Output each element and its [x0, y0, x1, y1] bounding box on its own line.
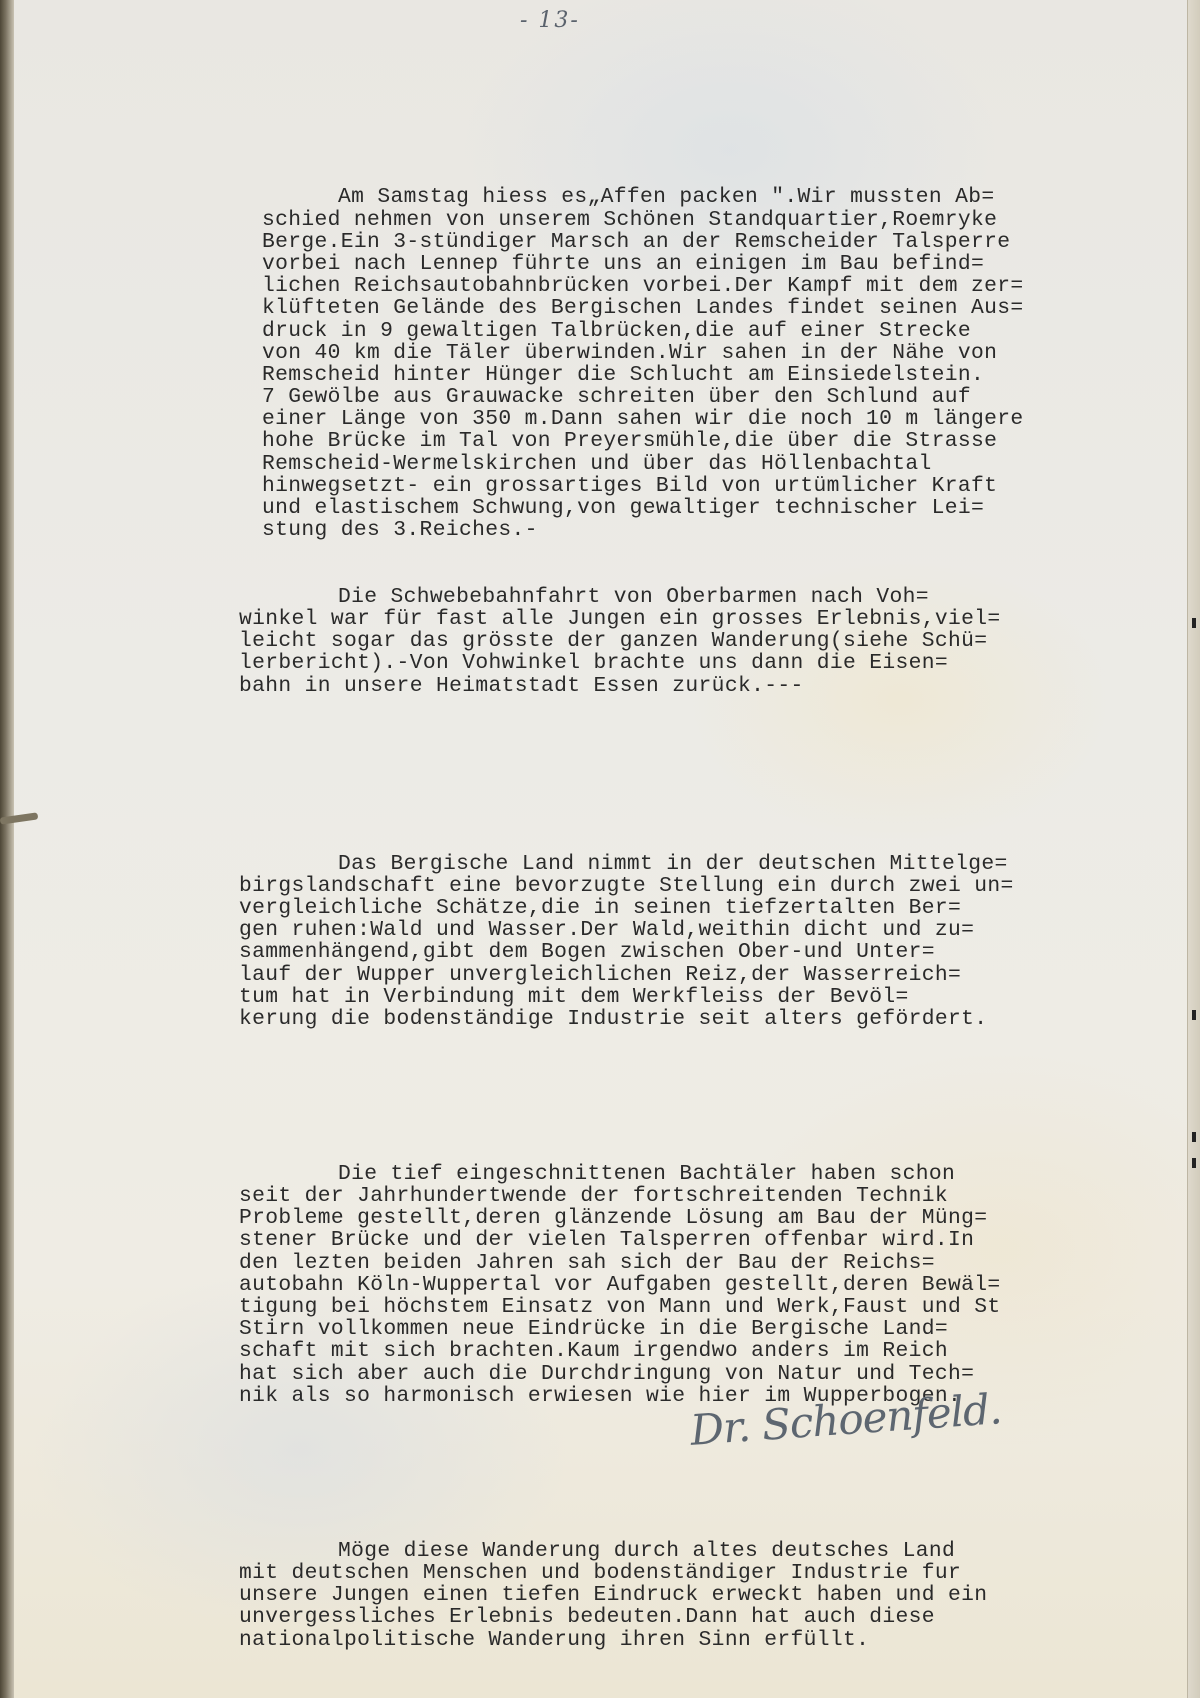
margin-mark — [1192, 1132, 1196, 1142]
text-line: schaft mit sich brachten.Kaum irgendwo a… — [239, 1340, 1158, 1362]
paragraph-gap — [338, 1074, 1158, 1118]
text-line: Die Schwebebahnfahrt von Oberbarmen nach… — [338, 586, 1158, 608]
text-line: mit deutschen Menschen und bodenständige… — [239, 1562, 1158, 1584]
text-line: vorbei nach Lennep führte uns an einigen… — [262, 253, 1158, 275]
text-line: kerung die bodenständige Industrie seit … — [239, 1008, 1158, 1030]
text-line: klüfteten Gelände des Bergischen Landes … — [262, 297, 1158, 319]
margin-mark — [1192, 1010, 1196, 1020]
text-line: 7 Gewölbe aus Grauwacke schreiten über d… — [262, 386, 1158, 408]
text-line: hinwegsetzt- ein grossartiges Bild von u… — [262, 475, 1158, 497]
text-line: Stirn vollkommen neue Eindrücke in die B… — [239, 1318, 1158, 1340]
text-line: Remscheid-Wermelskirchen und über das Hö… — [262, 453, 1158, 475]
text-line: vergleichliche Schätze,die in seinen tie… — [239, 897, 1158, 919]
text-line: Das Bergische Land nimmt in der deutsche… — [338, 853, 1158, 875]
typewritten-body: Am Samstag hiess es„Affen packen ".Wir m… — [338, 142, 1158, 1695]
paragraph-conclusion: Möge diese Wanderung durch altes deutsch… — [338, 1540, 1158, 1651]
paragraph-departure: Am Samstag hiess es„Affen packen ".Wir m… — [338, 186, 1158, 541]
text-line: Am Samstag hiess es„Affen packen ".Wir m… — [338, 186, 1158, 208]
page-right-edge — [1187, 0, 1200, 1698]
text-line: leicht sogar das grösste der ganzen Wand… — [239, 630, 1158, 652]
paragraph-gap — [338, 1451, 1158, 1495]
paragraph-bachtaeler: Die tief eingeschnittenen Bachtäler habe… — [338, 1163, 1158, 1407]
text-line: stener Brücke und der vielen Talsperren … — [239, 1229, 1158, 1251]
text-line: lichen Reichsautobahnbrücken vorbei.Der … — [262, 275, 1158, 297]
text-line: Möge diese Wanderung durch altes deutsch… — [338, 1540, 1158, 1562]
text-line: seit der Jahrhundertwende der fortschrei… — [239, 1185, 1158, 1207]
text-line: den lezten beiden Jahren sah sich der Ba… — [239, 1252, 1158, 1274]
paragraph-gap — [338, 741, 1158, 808]
text-line: nationalpolitische Wanderung ihren Sinn … — [239, 1629, 1158, 1651]
text-line: und elastischem Schwung,von gewaltiger t… — [262, 497, 1158, 519]
text-line: unsere Jungen einen tiefen Eindruck erwe… — [239, 1584, 1158, 1606]
text-line: tum hat in Verbindung mit dem Werkfleiss… — [239, 986, 1158, 1008]
text-line: sammenhängend,gibt dem Bogen zwischen Ob… — [239, 941, 1158, 963]
text-line: winkel war für fast alle Jungen ein gros… — [239, 608, 1158, 630]
text-line: lerbericht).-Von Vohwinkel brachte uns d… — [239, 652, 1158, 674]
text-line: autobahn Köln-Wuppertal vor Aufgaben ges… — [239, 1274, 1158, 1296]
text-line: einer Länge von 350 m.Dann sahen wir die… — [262, 408, 1158, 430]
text-line: hat sich aber auch die Durchdringung von… — [239, 1363, 1158, 1385]
text-line: von 40 km die Täler überwinden.Wir sahen… — [262, 342, 1158, 364]
text-line: Die tief eingeschnittenen Bachtäler habe… — [338, 1163, 1158, 1185]
text-line: schied nehmen von unserem Schönen Standq… — [262, 209, 1158, 231]
text-line: gen ruhen:Wald und Wasser.Der Wald,weith… — [239, 919, 1158, 941]
margin-mark — [1192, 1158, 1196, 1168]
text-line: Probleme gestellt,deren glänzende Lösung… — [239, 1207, 1158, 1229]
text-line: Remscheid hinter Hünger die Schlucht am … — [262, 364, 1158, 386]
document-page: - 13- Am Samstag hiess es„Affen packen "… — [0, 0, 1200, 1698]
text-line: druck in 9 gewaltigen Talbrücken,die auf… — [262, 320, 1158, 342]
text-line: bahn in unsere Heimatstadt Essen zurück.… — [239, 675, 1158, 697]
margin-mark — [1192, 618, 1196, 628]
text-line: tigung bei höchstem Einsatz von Mann und… — [239, 1296, 1158, 1318]
text-line: hohe Brücke im Tal von Preyersmühle,die … — [262, 430, 1158, 452]
text-line: birgslandschaft eine bevorzugte Stellung… — [239, 875, 1158, 897]
paragraph-bergisches-land: Das Bergische Land nimmt in der deutsche… — [338, 853, 1158, 1031]
text-line: stung des 3.Reiches.- — [262, 519, 1158, 541]
text-line: Berge.Ein 3-stündiger Marsch an der Rems… — [262, 231, 1158, 253]
page-binding-edge — [0, 0, 14, 1698]
paragraph-schwebebahn: Die Schwebebahnfahrt von Oberbarmen nach… — [338, 586, 1158, 697]
page-number: - 13- — [520, 8, 580, 33]
text-line: nik als so harmonisch erwiesen wie hier … — [239, 1385, 1158, 1407]
text-line: unvergessliches Erlebnis bedeuten.Dann h… — [239, 1606, 1158, 1628]
text-line: lauf der Wupper unvergleichlichen Reiz,d… — [239, 964, 1158, 986]
